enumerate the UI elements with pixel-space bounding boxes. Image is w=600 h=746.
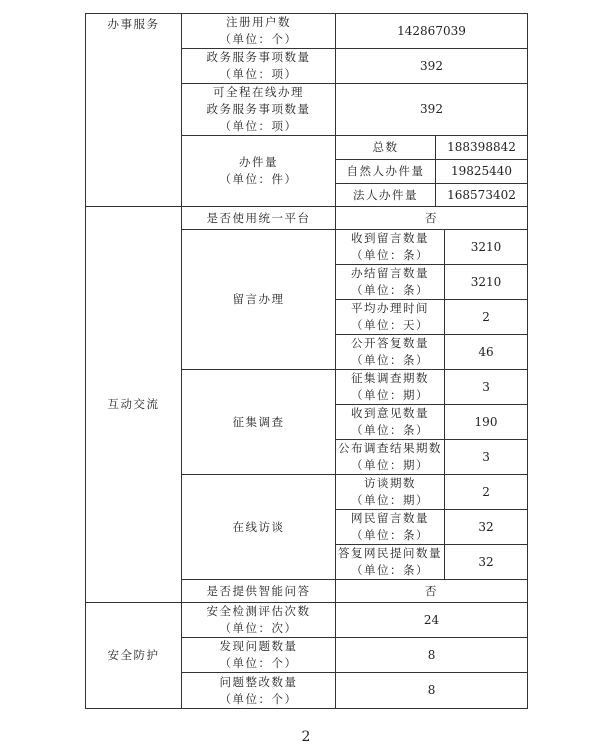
survey-periods-value: 3 [445,370,528,405]
messages-closed-value: 3210 [445,265,528,300]
service-items-value: 392 [336,49,528,84]
survey-results-value: 3 [445,440,528,475]
messages-avg-time-value: 2 [445,300,528,335]
unified-platform-value: 否 [336,207,528,230]
registered-users-value: 142867039 [336,14,528,49]
issues-fixed-label: 问题整改数量（单位：个） [182,673,336,709]
issues-found-label: 发现问题数量（单位：个） [182,638,336,673]
messages-received-label: 收到留言数量（单位：条） [336,230,445,265]
section-interaction-title: 互动交流 [86,207,182,603]
interview-periods-value: 2 [445,475,528,510]
messages-avg-time-label: 平均办理时间（单位：天） [336,300,445,335]
messages-received-value: 3210 [445,230,528,265]
interview-messages-label: 网民留言数量（单位：条） [336,510,445,545]
interview-replies-value: 32 [445,545,528,580]
survey-opinions-value: 190 [445,405,528,440]
cases-label: 办件量（单位：件） [182,136,336,207]
interview-replies-label: 答复网民提问数量（单位：条） [336,545,445,580]
interview-periods-label: 访谈期数（单位：期） [336,475,445,510]
survey-label: 征集调查 [182,370,336,475]
survey-results-label: 公布调查结果期数（单位：期） [336,440,445,475]
cases-natural-label: 自然人办件量 [336,160,436,184]
cases-total-label: 总数 [336,136,436,160]
issues-found-value: 8 [336,638,528,673]
survey-opinions-label: 收到意见数量（单位：条） [336,405,445,440]
service-items-label: 政务服务事项数量（单位：项） [182,49,336,84]
interview-messages-value: 32 [445,510,528,545]
section-security-title: 安全防护 [86,603,182,709]
security-checks-value: 24 [336,603,528,638]
issues-fixed-value: 8 [336,673,528,709]
registered-users-label: 注册用户数（单位：个） [182,14,336,49]
cases-legal-value: 168573402 [436,184,528,207]
unified-platform-label: 是否使用统一平台 [182,207,336,230]
smart-qa-label: 是否提供智能问答 [182,580,336,603]
smart-qa-value: 否 [336,580,528,603]
cases-natural-value: 19825440 [436,160,528,184]
messages-label: 留言办理 [182,230,336,370]
survey-periods-label: 征集调查期数（单位：期） [336,370,445,405]
security-checks-label: 安全检测评估次数（单位：次） [182,603,336,638]
section-service-title: 办事服务 [86,14,182,207]
messages-public-reply-label: 公开答复数量（单位：条） [336,335,445,370]
online-items-label: 可全程在线办理政务服务事项数量（单位：项） [182,84,336,136]
page-number: 2 [0,729,600,745]
messages-public-reply-value: 46 [445,335,528,370]
cases-legal-label: 法人办件量 [336,184,436,207]
interview-label: 在线访谈 [182,475,336,580]
online-items-value: 392 [336,84,528,136]
messages-closed-label: 办结留言数量（单位：条） [336,265,445,300]
statistics-table: 办事服务 注册用户数（单位：个） 142867039 政务服务事项数量（单位：项… [85,13,528,709]
cases-total-value: 188398842 [436,136,528,160]
